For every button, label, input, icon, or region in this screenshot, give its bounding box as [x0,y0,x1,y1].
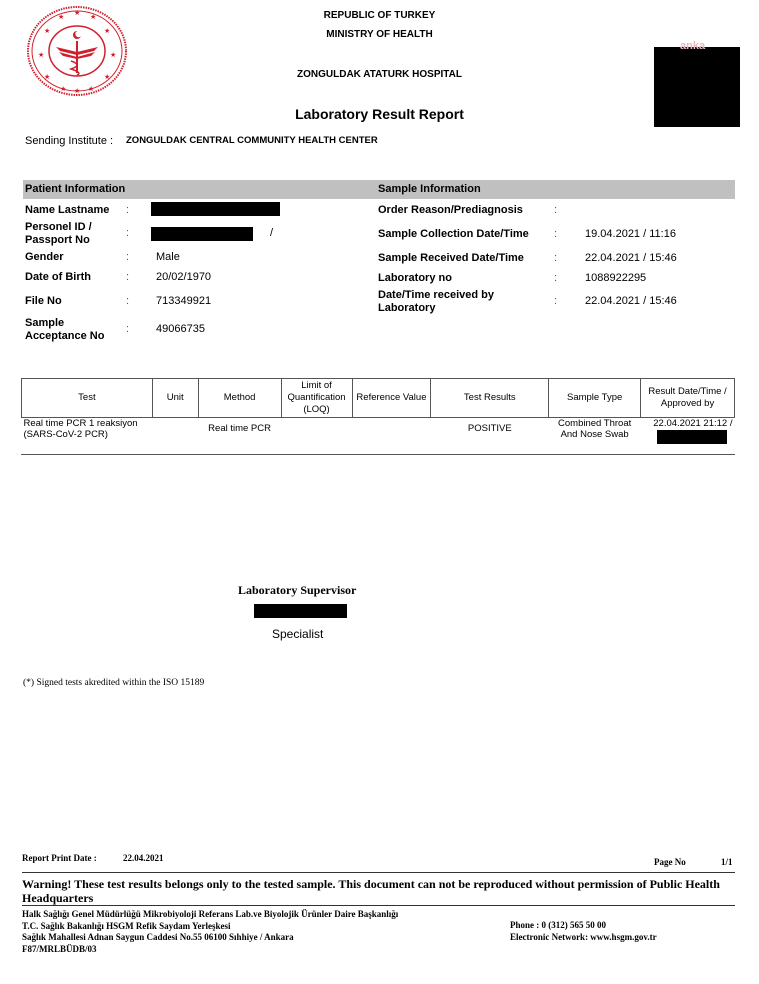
gender-label: Gender [25,251,64,264]
sending-institute-value: ZONGULDAK CENTRAL COMMUNITY HEALTH CENTE… [126,135,378,146]
collection-date-label: Sample Collection Date/Time [378,228,529,241]
svg-text:★: ★ [110,51,116,59]
dob-label: Date of Birth [25,271,91,284]
name-label: Name Lastname [25,204,109,217]
id-label: Personel ID / Passport No [25,221,115,247]
collection-date-value: 19.04.2021 / 11:16 [585,228,676,240]
colon: : [126,227,129,239]
colon: : [554,228,557,240]
id-value: / [270,227,273,239]
col-loq: Limit of Quantification (LOQ) [281,379,352,418]
cell-reference [352,418,431,460]
svg-text:★: ★ [38,51,44,59]
website: Electronic Network: www.hsgm.gov.tr [510,932,657,944]
page-value: 1/1 [721,857,733,867]
colon: : [554,252,557,264]
warning-text: Warning! These test results belongs only… [22,877,737,905]
lab-no-value: 1088922295 [585,272,646,284]
col-result: Test Results [431,379,549,418]
print-date-value: 22.04.2021 [123,853,164,863]
id-redacted [151,227,253,241]
acceptance-no-value: 49066735 [156,323,205,335]
address-line: Halk Sağlığı Genel Müdürlüğü Mikrobiyolo… [22,909,398,921]
photo-watermark: anka [680,40,705,52]
col-method: Method [198,379,281,418]
colon: : [126,295,129,307]
col-result-datetime: Result Date/Time / Approved by [641,379,735,418]
table-row: Real time PCR 1 reaksiyon (SARS-CoV-2 PC… [22,418,735,460]
lab-received-value: 22.04.2021 / 15:46 [585,295,677,307]
footer-rule-bottom [22,905,735,906]
result-datetime: 22.04.2021 21:12 / [653,418,732,429]
contact-block: Phone : 0 (312) 565 50 00 Electronic Net… [510,920,657,943]
page-label: Page No [654,857,686,867]
acceptance-no-label: Sample Acceptance No [25,317,115,343]
address-line: Sağlık Mahallesi Adnan Saygun Caddesi No… [22,932,398,944]
colon: : [126,271,129,283]
lab-no-label: Laboratory no [378,272,452,285]
svg-text:★: ★ [74,87,80,95]
signature-title: Laboratory Supervisor [238,583,356,598]
address-line: T.C. Sağlık Bakanlığı HSGM Refik Saydam … [22,921,398,933]
cell-test: Real time PCR 1 reaksiyon (SARS-CoV-2 PC… [22,418,153,460]
country-title: REPUBLIC OF TURKEY [0,10,759,21]
report-title: Laboratory Result Report [0,106,759,122]
ministry-title: MINISTRY OF HEALTH [0,29,759,40]
svg-text:★: ★ [88,85,94,93]
gender-value: Male [156,251,180,263]
patient-info-title: Patient Information [25,183,125,195]
dob-value: 20/02/1970 [156,271,211,283]
name-redacted [151,202,280,216]
phone: Phone : 0 (312) 565 50 00 [510,920,657,932]
supervisor-name-redacted [254,604,347,618]
col-reference: Reference Value [352,379,431,418]
patient-photo-redacted [654,47,740,127]
lab-received-label: Date/Time received by Laboratory [378,289,518,315]
table-header-row: Test Unit Method Limit of Quantification… [22,379,735,418]
cell-method: Real time PCR [198,418,352,460]
accreditation-note: (*) Signed tests akredited within the IS… [23,678,204,688]
address-line: F87/MRLBÜDB/03 [22,944,398,956]
received-date-value: 22.04.2021 / 15:46 [585,252,677,264]
file-no-label: File No [25,295,62,308]
hospital-name: ZONGULDAK ATATURK HOSPITAL [0,69,759,80]
col-sample-type: Sample Type [549,379,641,418]
approver-redacted [657,430,727,444]
colon: : [554,295,557,307]
colon: : [554,272,557,284]
colon: : [126,204,129,216]
address-block: Halk Sağlığı Genel Müdürlüğü Mikrobiyolo… [22,909,398,955]
cell-unit [152,418,198,460]
cell-result: POSITIVE [431,418,549,460]
colon: : [554,204,557,216]
sample-info-title: Sample Information [378,183,481,195]
svg-text:★: ★ [60,85,66,93]
cell-result-datetime: 22.04.2021 21:12 / [641,418,735,460]
sending-institute-label: Sending Institute : [25,135,113,147]
table-bottom-rule [21,454,735,455]
results-table: Test Unit Method Limit of Quantification… [21,378,735,459]
signature-role: Specialist [272,627,323,641]
colon: : [126,323,129,335]
colon: : [126,251,129,263]
footer-rule-top [22,872,735,873]
print-date-label: Report Print Date : [22,853,97,863]
received-date-label: Sample Received Date/Time [378,252,524,265]
col-unit: Unit [152,379,198,418]
col-test: Test [22,379,153,418]
cell-sample-type: Combined Throat And Nose Swab [549,418,641,460]
file-no-value: 713349921 [156,295,211,307]
order-reason-label: Order Reason/Prediagnosis [378,204,523,217]
